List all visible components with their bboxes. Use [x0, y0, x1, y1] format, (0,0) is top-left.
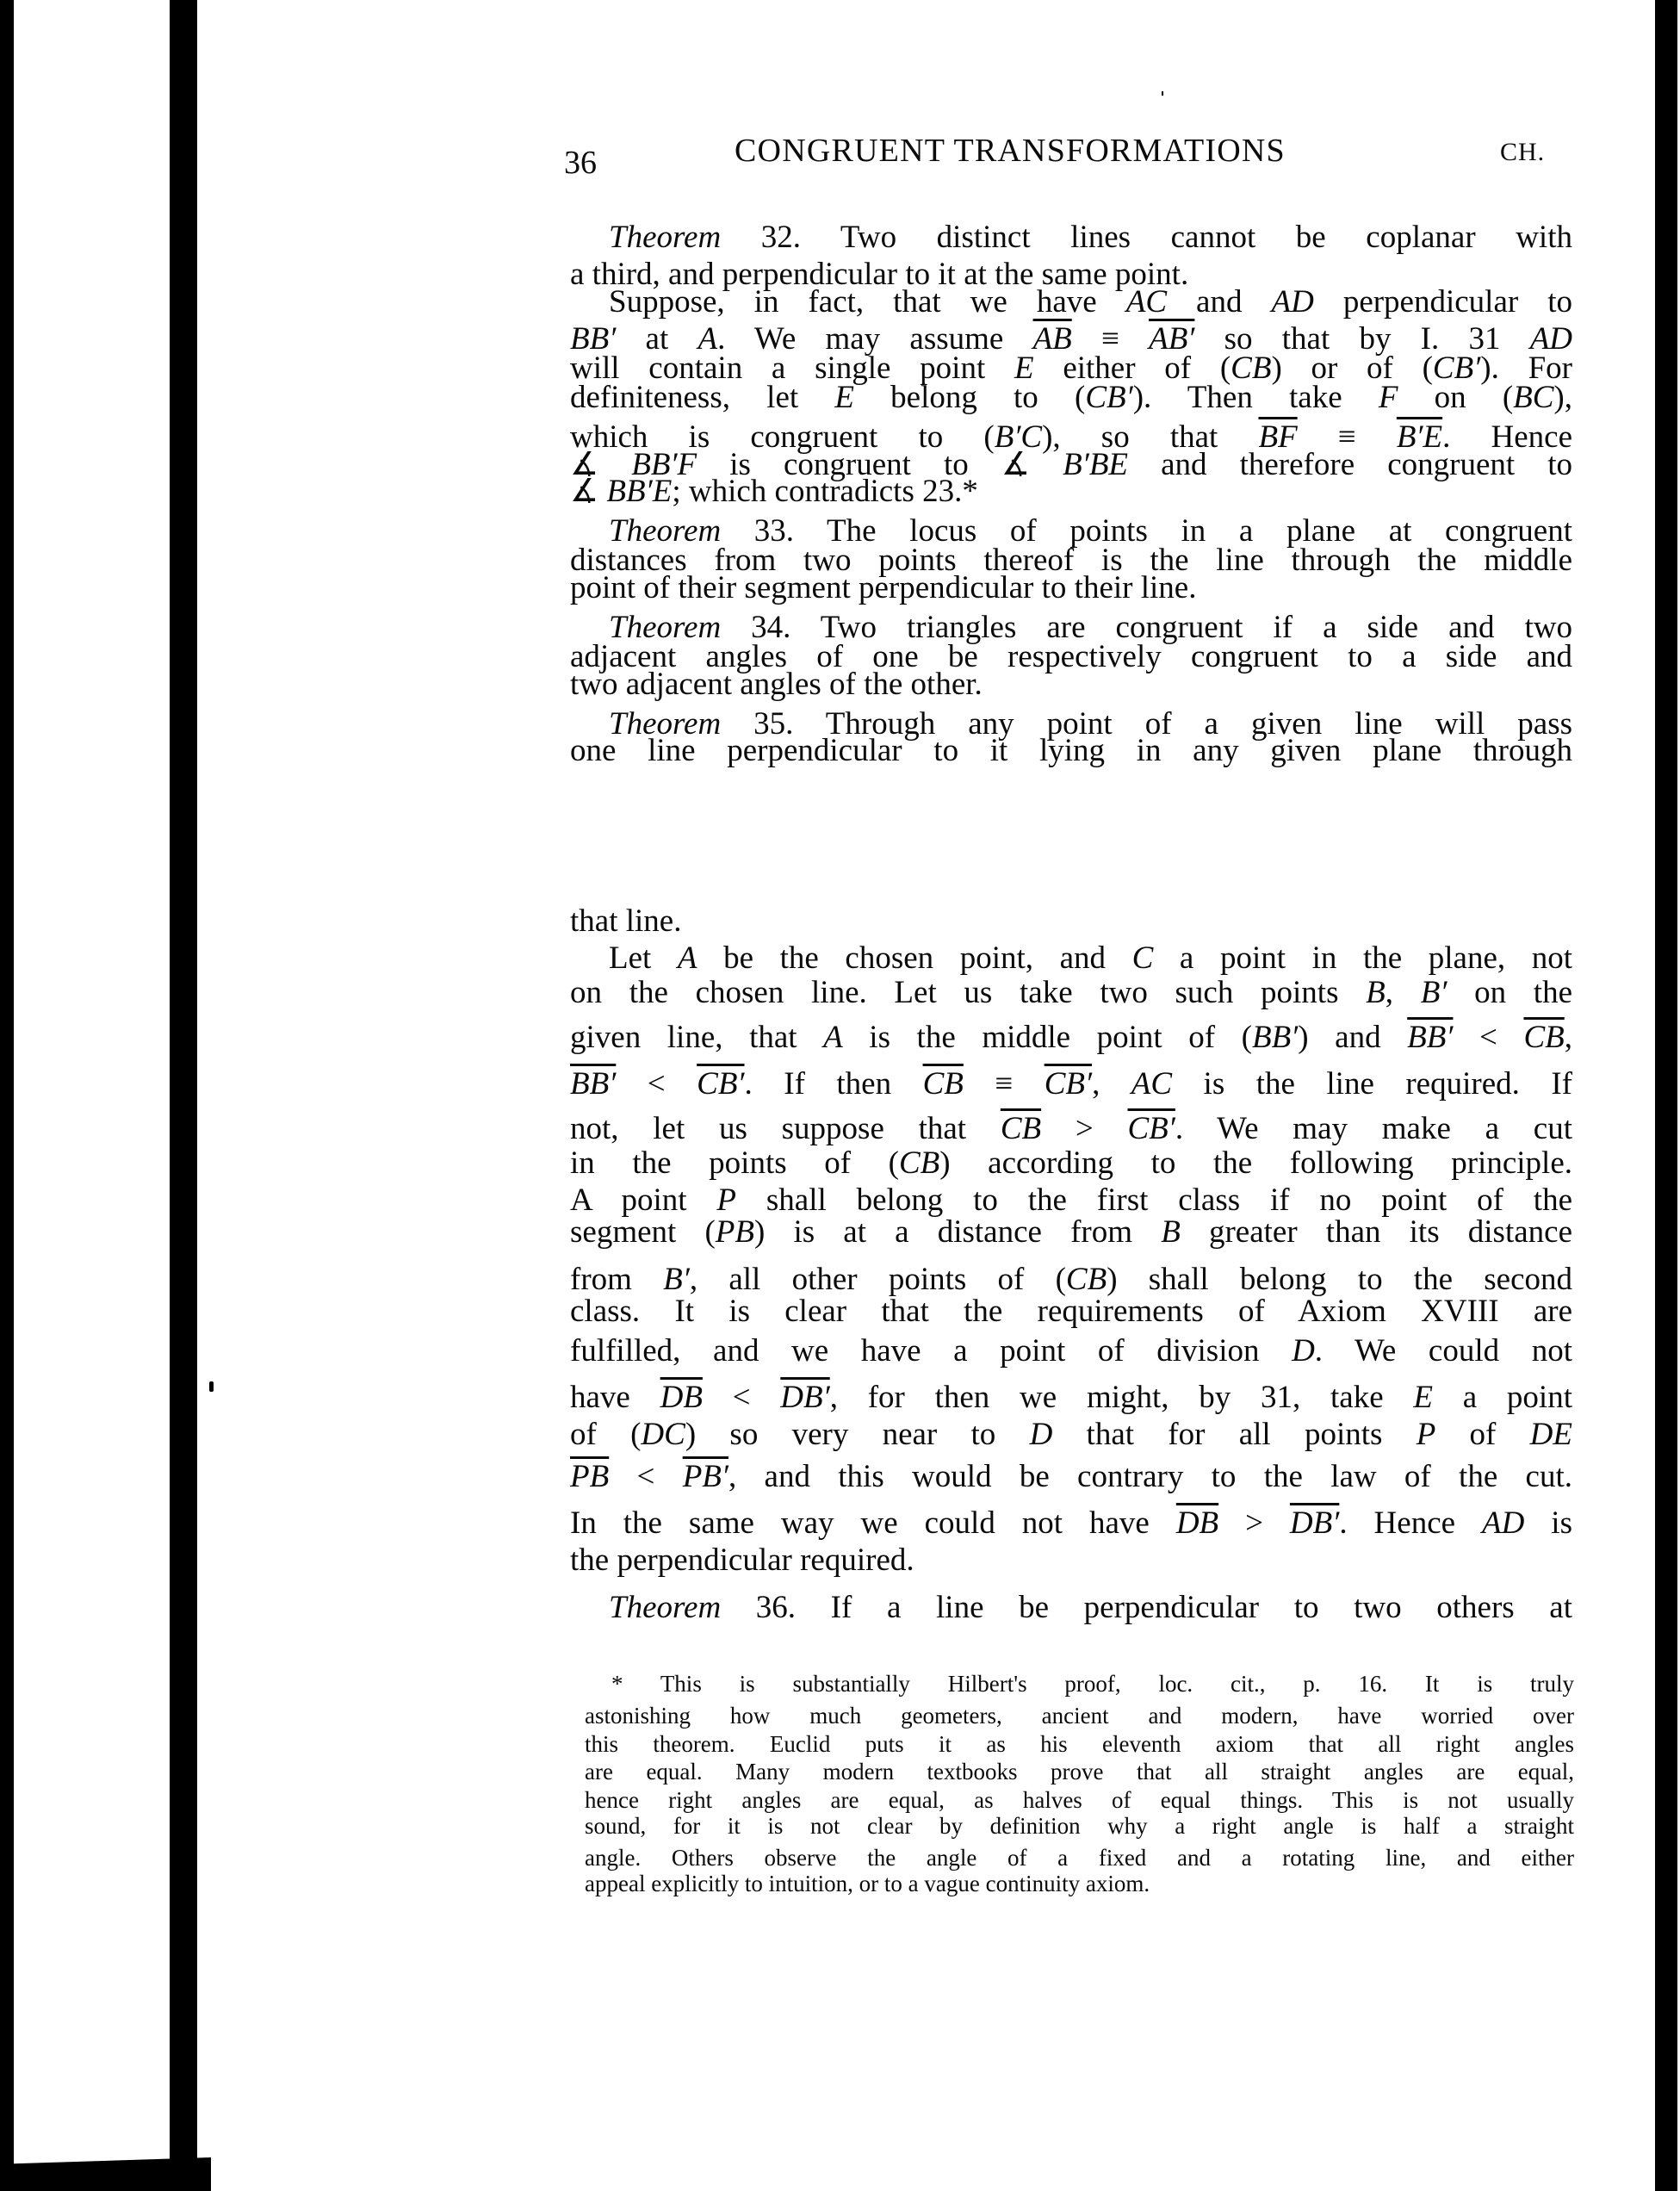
text-segment: that line.: [570, 903, 681, 939]
text-segment: definiteness, let: [570, 380, 834, 415]
text-segment: Let: [609, 940, 678, 976]
overlined-segment: DB: [1176, 1505, 1218, 1541]
text-segment: segment (: [570, 1214, 716, 1250]
footnote-line: sound, for it is not clear by definition…: [585, 1815, 1574, 1838]
italic-math-segment: C: [1132, 940, 1154, 976]
text-segment: ,: [1092, 1066, 1131, 1102]
body-line: have DB < DB′, for then we might, by 31,…: [570, 1381, 1572, 1413]
text-segment: Suppose, in fact, that we have: [609, 284, 1126, 320]
text-segment: hence right angles are equal, as halves …: [585, 1787, 1574, 1813]
text-segment: and: [1167, 284, 1271, 320]
italic-math-segment: CB: [899, 1145, 939, 1181]
italic-math-segment: E: [1413, 1380, 1433, 1415]
text-segment: sound, for it is not clear by definition…: [585, 1813, 1574, 1839]
italic-math-segment: A: [823, 1020, 843, 1055]
overlined-segment: BB′: [570, 1066, 616, 1102]
text-segment: astonishing how much geometers, ancient …: [585, 1703, 1574, 1729]
body-line: Suppose, in fact, that we have AC and AD…: [609, 286, 1572, 318]
text-segment: ∡: [570, 474, 606, 509]
body-line: In the same way we could not have DB > D…: [570, 1507, 1572, 1539]
text-segment: perpendicular to: [1314, 284, 1572, 320]
text-segment: the perpendicular required.: [570, 1542, 914, 1578]
body-line: BB′ < CB′. If then CB ≡ CB′, AC is the l…: [570, 1068, 1572, 1100]
overlined-segment: BB′: [1407, 1020, 1453, 1055]
footnote-line: hence right angles are equal, as halves …: [585, 1789, 1574, 1812]
text-segment: be the chosen point, and: [697, 940, 1132, 976]
text-segment: ) and: [1298, 1020, 1407, 1055]
body-line: Theorem 36. If a line be perpendicular t…: [609, 1592, 1572, 1623]
book-page: 36 CONGRUENT TRANSFORMATIONS CH. Theorem…: [0, 0, 1680, 2191]
text-segment: not, let us suppose that: [570, 1111, 1001, 1146]
italic-math-segment: B: [1366, 975, 1386, 1010]
text-segment: shall belong to the first class if no po…: [736, 1182, 1572, 1218]
body-line: Theorem 32. Two distinct lines cannot be…: [609, 221, 1572, 253]
text-segment: >: [1218, 1505, 1290, 1541]
text-segment: ≡: [964, 1066, 1045, 1102]
text-segment: ) so very near to: [685, 1417, 1030, 1452]
overlined-segment: DB′: [1290, 1505, 1339, 1541]
text-segment: . We could not: [1315, 1333, 1572, 1369]
text-segment: <: [703, 1380, 780, 1415]
body-line: PB < PB′, and this would be contrary to …: [570, 1461, 1572, 1493]
text-segment: * This is substantially Hilbert's proof,…: [611, 1671, 1574, 1697]
footnote-line: astonishing how much geometers, ancient …: [585, 1704, 1574, 1728]
italic-math-segment: P: [716, 1182, 736, 1218]
italic-math-segment: DE: [1530, 1417, 1572, 1452]
text-segment: that for all points: [1052, 1417, 1416, 1452]
text-segment: class. It is clear that the requirements…: [570, 1294, 1572, 1329]
overlined-segment: CB′: [1045, 1066, 1092, 1102]
footnote-line: angle. Others observe the angle of a fix…: [585, 1847, 1574, 1870]
italic-math-segment: D: [1292, 1333, 1315, 1369]
italic-math-segment: BB′: [1252, 1020, 1298, 1055]
text-segment: <: [1453, 1020, 1523, 1055]
text-segment: on (: [1398, 380, 1513, 415]
text-segment: on the chosen line. Let us take two such…: [570, 975, 1366, 1010]
italic-math-segment: AC: [1126, 284, 1167, 320]
text-segment: are equal. Many modern textbooks prove t…: [585, 1759, 1574, 1784]
italic-math-segment: AD: [1271, 284, 1313, 320]
italic-math-segment: B: [1161, 1214, 1181, 1250]
overlined-segment: CB: [1001, 1111, 1041, 1146]
text-segment: a point in the plane, not: [1153, 940, 1572, 976]
text-segment: ,: [1386, 975, 1421, 1010]
italic-math-segment: Theorem: [609, 1590, 721, 1625]
body-line: one line perpendicular to it lying in an…: [570, 735, 1572, 767]
text-segment: , and this would be contrary to the law …: [728, 1459, 1572, 1494]
overlined-segment: CB: [1523, 1020, 1564, 1055]
text-segment: is the middle point of (: [843, 1020, 1252, 1055]
italic-math-segment: A: [678, 940, 697, 976]
text-segment: 32. Two distinct lines cannot be coplana…: [721, 220, 1572, 255]
italic-math-segment: PB: [716, 1214, 754, 1250]
text-segment: is the line required. If: [1172, 1066, 1572, 1102]
text-segment: A point: [570, 1182, 716, 1218]
body-line: given line, that A is the middle point o…: [570, 1021, 1572, 1053]
italic-math-segment: B′: [663, 1262, 690, 1297]
text-segment: , for then we might, by 31, take: [830, 1380, 1414, 1415]
text-segment: . If then: [745, 1066, 923, 1102]
body-line: that line.: [570, 905, 1572, 937]
footnote-line: this theorem. Euclid puts it as his elev…: [585, 1733, 1574, 1756]
overlined-segment: DB: [660, 1380, 703, 1415]
body-line: in the points of (CB) according to the f…: [570, 1147, 1572, 1179]
text-segment: ) is at a distance from: [754, 1214, 1161, 1250]
text-segment: given line, that: [570, 1020, 823, 1055]
body-line: Let A be the chosen point, and C a point…: [609, 942, 1572, 974]
footnote-line: appeal explicitly to intuition, or to a …: [585, 1872, 1574, 1896]
italic-math-segment: BC: [1513, 380, 1553, 415]
italic-math-segment: DC: [641, 1417, 685, 1452]
italic-math-segment: P: [1417, 1417, 1436, 1452]
overlined-segment: CB: [923, 1066, 964, 1102]
text-segment: ; which contradicts 23.*: [672, 474, 978, 509]
body-line: ∡ BB′E; which contradicts 23.*: [570, 475, 1572, 507]
text-segment: ,: [1565, 1020, 1572, 1055]
text-segment: is: [1524, 1505, 1572, 1541]
body-line: definiteness, let E belong to (CB′). The…: [570, 382, 1572, 413]
text-segment: ),: [1553, 380, 1572, 415]
italic-math-segment: CB′: [1085, 380, 1132, 415]
body-line: point of their segment perpendicular to …: [570, 572, 1572, 604]
overlined-segment: DB′: [780, 1380, 829, 1415]
italic-math-segment: B′: [1421, 975, 1448, 1010]
italic-math-segment: D: [1030, 1417, 1053, 1452]
text-segment: >: [1041, 1111, 1127, 1146]
body-line: of (DC) so very near to D that for all p…: [570, 1418, 1572, 1450]
italic-math-segment: Theorem: [609, 220, 721, 255]
body-line: segment (PB) is at a distance from B gre…: [570, 1216, 1572, 1248]
text-segment: ). Then take: [1133, 380, 1379, 415]
italic-math-segment: CB: [1066, 1262, 1107, 1297]
chapter-abbrev: CH.: [1500, 140, 1545, 165]
page-number: 36: [564, 146, 597, 179]
text-segment: <: [616, 1066, 697, 1102]
text-segment: . Hence: [1339, 1505, 1482, 1541]
text-segment: ) according to the following principle.: [939, 1145, 1572, 1181]
text-segment: <: [609, 1459, 682, 1494]
body-line: not, let us suppose that CB > CB′. We ma…: [570, 1113, 1572, 1145]
text-segment: of: [1435, 1417, 1529, 1452]
text-segment: In the same way we could not have: [570, 1505, 1176, 1541]
text-segment: appeal explicitly to intuition, or to a …: [585, 1871, 1150, 1896]
text-segment: fulfilled, and we have a point of divisi…: [570, 1333, 1292, 1369]
text-segment: on the: [1447, 975, 1572, 1010]
body-line: fulfilled, and we have a point of divisi…: [570, 1335, 1572, 1367]
italic-math-segment: E: [834, 380, 854, 415]
italic-math-segment: AD: [1482, 1505, 1524, 1541]
italic-math-segment: BB′E: [606, 474, 672, 509]
body-line: the perpendicular required.: [570, 1544, 1572, 1576]
text-segment: a point: [1433, 1380, 1572, 1415]
text-segment: from: [570, 1262, 663, 1297]
text-segment: , all other points of (: [690, 1262, 1066, 1297]
body-line: from B′, all other points of (CB) shall …: [570, 1263, 1572, 1295]
text-segment: point of their segment perpendicular to …: [570, 570, 1196, 605]
text-segment: this theorem. Euclid puts it as his elev…: [585, 1731, 1574, 1757]
text-segment: ) shall belong to the second: [1107, 1262, 1572, 1297]
italic-math-segment: F: [1379, 380, 1398, 415]
text-segment: have: [570, 1380, 660, 1415]
overlined-segment: CB′: [1127, 1111, 1175, 1146]
text-segment: . We may make a cut: [1175, 1111, 1572, 1146]
body-line: on the chosen line. Let us take two such…: [570, 977, 1572, 1009]
text-segment: of (: [570, 1417, 641, 1452]
text-segment: 36. If a line be perpendicular to two ot…: [721, 1590, 1572, 1625]
footnote-line: are equal. Many modern textbooks prove t…: [585, 1760, 1574, 1784]
italic-math-segment: AC: [1131, 1066, 1172, 1102]
text-segment: one line perpendicular to it lying in an…: [570, 733, 1572, 768]
body-line: two adjacent angles of the other.: [570, 668, 1572, 700]
body-line: class. It is clear that the requirements…: [570, 1295, 1572, 1327]
body-line: A point P shall belong to the first clas…: [570, 1184, 1572, 1216]
text-segment: greater than its distance: [1181, 1214, 1572, 1250]
running-title: CONGRUENT TRANSFORMATIONS: [735, 134, 1286, 167]
overlined-segment: PB: [570, 1459, 609, 1494]
text-segment: belong to (: [854, 380, 1085, 415]
text-segment: in the points of (: [570, 1145, 899, 1181]
text-segment: two adjacent angles of the other.: [570, 667, 983, 702]
overlined-segment: CB′: [697, 1066, 744, 1102]
text-segment: angle. Others observe the angle of a fix…: [585, 1845, 1574, 1871]
overlined-segment: PB′: [683, 1459, 728, 1494]
footnote-line: * This is substantially Hilbert's proof,…: [611, 1673, 1574, 1696]
